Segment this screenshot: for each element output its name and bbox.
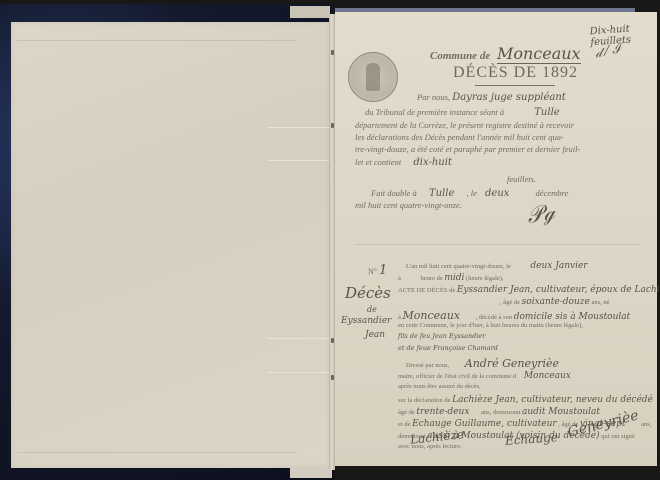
page-title: DÉCÈS DE 1892 [453, 64, 578, 82]
stitch [331, 375, 334, 380]
cert-year-line: mil huit cent quatre-vingt-onze. [355, 200, 462, 210]
declarant-1-residence: audit Moustoulat [522, 407, 600, 417]
done-month: décembre [536, 188, 569, 198]
declarant-1-age: trente-deux [416, 407, 469, 417]
entry-line-officer: Dressé par nous, André Geneyrièe [406, 357, 559, 370]
commune-name: Monceaux [497, 44, 581, 64]
officer-commune: Monceaux [524, 371, 571, 381]
entry-line-2: à heure de midi (heure légale), [398, 273, 504, 283]
stitch [331, 123, 334, 128]
declarant-2: Echauge Guillaume, cultivateur [412, 419, 557, 429]
entry-line-1: L'an mil huit cent quatre-vingt-douze, l… [406, 261, 588, 271]
death-hour: midi [444, 273, 464, 283]
margin-surname: Eyssandier [341, 316, 391, 326]
cert-line-2: du Tribunal de première instance séant à… [365, 107, 560, 118]
binding-tab [267, 338, 329, 339]
court-town: Tulle [534, 107, 559, 118]
cert-line-5: tre-vingt-douze, a été coté et paraphé p… [355, 144, 580, 154]
officer-name: André Geneyrièe [465, 357, 559, 370]
entry-line-11: après nous être assuré du décès, [398, 383, 481, 390]
margin-given-name: Jean [365, 330, 385, 340]
margin-title: Décès [345, 284, 391, 302]
cert-done-line: Fait double à Tulle , le deux décembre [371, 188, 568, 199]
cert-line-1: Par nous, Dayras juge suppléant [417, 92, 566, 103]
entry-line-3: ACTE DE DÉCÈS de Eyssandier Jean, cultiv… [398, 285, 660, 295]
cert-line-4: les déclarations des Décès pendant l'ann… [355, 132, 564, 142]
cert-line-3: département de la Corrèze, le présent re… [355, 120, 574, 130]
entry-line-13: âgé de trente-deux ans, demeurant audit … [398, 407, 600, 417]
stitch [331, 338, 334, 343]
domicile: domicile sis à Moustoulat [514, 312, 631, 322]
republic-seal-icon [348, 52, 398, 102]
cert-line-6: let et contient dix-huit [355, 157, 452, 168]
fold-line [17, 40, 297, 41]
entry-number: N° 1 [368, 263, 387, 278]
judge-name: Dayras juge suppléant [452, 92, 566, 103]
declarant-1: Lachièze Jean, cultivateur, neveu du déc… [452, 395, 653, 405]
entry-line-5: à Monceaux , décédé à son domicile sis à… [398, 309, 630, 322]
commune-label: Commune de [430, 50, 490, 62]
left-endpaper [11, 22, 329, 468]
fold-line [17, 452, 297, 453]
signature-2: Echauge [505, 430, 559, 448]
done-day: deux [485, 188, 509, 199]
binding-tab [267, 372, 329, 373]
marianne-figure-icon [366, 63, 380, 91]
section-divider [355, 244, 640, 245]
binding-tab [267, 160, 329, 161]
entry-line-12: sur la déclaration de Lachièze Jean, cul… [398, 395, 653, 405]
register-page: Dix-huit feuillets 𝒹 ⁄ ℐ Commune de Monc… [335, 12, 657, 466]
death-date: deux Janvier [530, 261, 587, 271]
entry-line-mother: et de feue Françoise Chamard [398, 344, 498, 352]
stitch [331, 50, 334, 55]
commune-line: Commune de Monceaux [430, 44, 581, 63]
title-rule [475, 85, 555, 86]
deceased-name: Eyssandier Jean, cultivateur, époux de L… [457, 285, 660, 295]
corner-annotation: Dix-huit feuillets [589, 22, 657, 49]
judge-paraph: 𝒫ℊ [525, 200, 557, 229]
binding-tab [267, 127, 329, 128]
entry-line-4: , âgé de soixante-douze ans, né [500, 297, 610, 307]
birth-place: Monceaux [403, 309, 461, 322]
done-place: Tulle [429, 188, 454, 199]
leaf-count: dix-huit [413, 157, 452, 168]
deceased-age: soixante-douze [522, 297, 590, 307]
entry-line-6: en cette Commune, le jour d'hier, à huit… [398, 322, 583, 329]
margin-de: de [367, 305, 377, 314]
cert-line-7: feuillets. [507, 174, 536, 184]
cover-corner-strip [290, 6, 330, 18]
entry-line-father: fils de feu Jean Eyssandier [398, 332, 485, 340]
entry-line-10: maire, officier de l'état civil de la co… [398, 371, 571, 381]
